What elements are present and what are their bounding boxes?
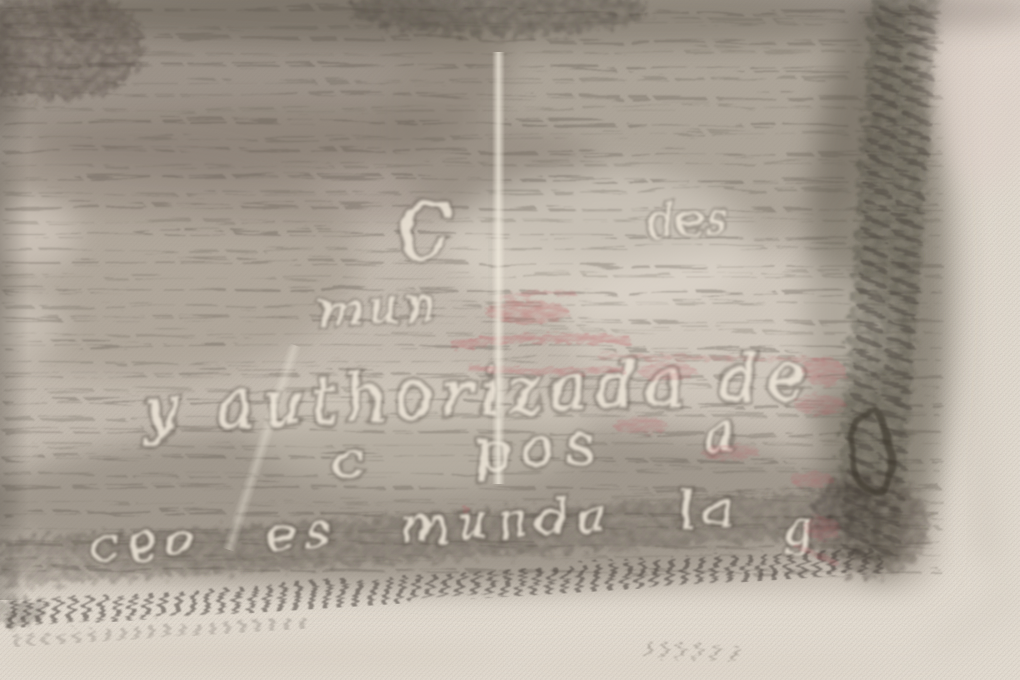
photo-of-charcoal-rubbing: C des mun y authorizada de c pos a ceo e… — [0, 0, 1020, 680]
manuscript-striations — [0, 4, 938, 576]
red-patch-2 — [612, 417, 668, 433]
red-patch-1 — [638, 363, 698, 381]
ghost-text-fragment-des: des — [645, 190, 729, 249]
vertical-fold-shadow — [489, 60, 491, 470]
ghost-text-fragment-upper: C — [390, 183, 462, 280]
red-dot — [462, 506, 470, 514]
red-patch-4 — [802, 358, 846, 386]
wrinkle-shadow-bottom-1 — [0, 640, 510, 676]
red-patch-3 — [700, 444, 760, 460]
red-patch-7 — [804, 516, 840, 540]
red-patch-5 — [794, 395, 846, 415]
rubbing-artwork: C des mun y authorizada de c pos a ceo e… — [0, 0, 1020, 680]
left-edge-vignette — [0, 0, 28, 600]
vertical-fold-crease — [492, 52, 505, 484]
red-patch-6 — [790, 472, 834, 488]
ghost-text-fragment-mun: mun — [316, 276, 443, 340]
